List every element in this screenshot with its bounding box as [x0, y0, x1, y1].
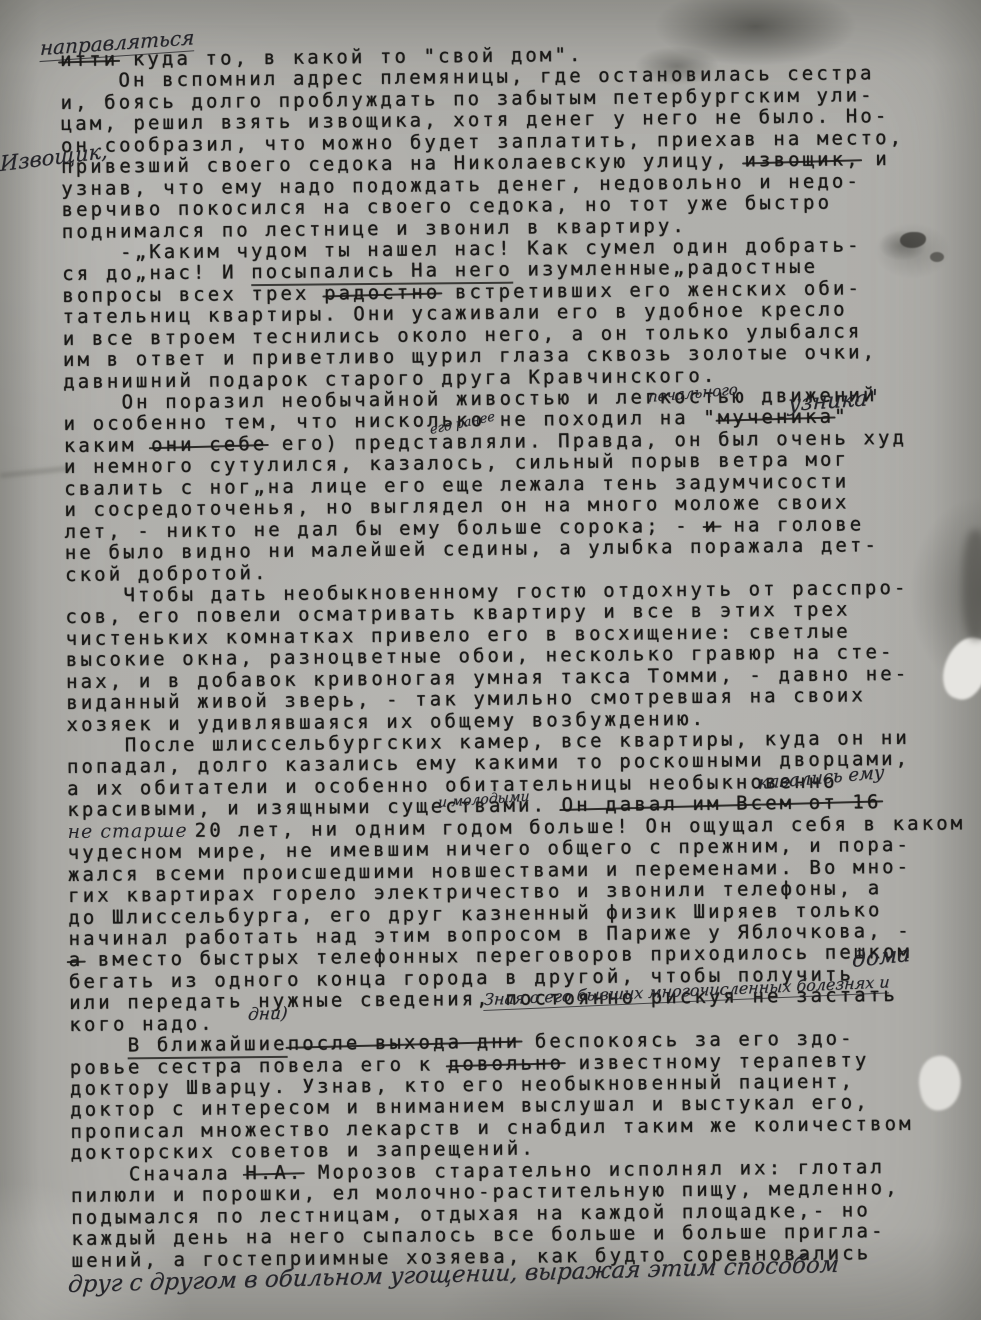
- struck-text: а: [69, 950, 84, 972]
- struck-text: Он давал им Всем от 16: [562, 792, 882, 817]
- struck-text: они себе: [151, 434, 268, 457]
- typed-text-segment: [69, 1036, 127, 1058]
- handwritten-inline: не старше: [67, 820, 194, 843]
- typed-text-segment: каким: [64, 435, 151, 457]
- struck-text: радостно: [324, 282, 441, 305]
- typed-text-segment: Сначала: [71, 1163, 246, 1186]
- typed-text-segment: и: [861, 149, 890, 171]
- typed-text-segment: на голове: [719, 514, 865, 537]
- typed-text-segment: ся до„нас! И: [62, 263, 251, 286]
- struck-text: после выхода дни: [288, 1032, 521, 1056]
- manuscript-page: итти куда то, в какой то "свой дом". Он …: [0, 0, 981, 1320]
- typed-text-segment: кого надо.: [69, 1013, 215, 1036]
- handwritten-annotation-10: дни): [247, 1004, 288, 1025]
- struck-text: извощик,: [744, 150, 861, 173]
- typescript-text: итти куда то, в какой то "свой дом". Он …: [60, 41, 981, 1272]
- struck-text: и: [704, 515, 719, 537]
- struck-text: довольно: [448, 1053, 565, 1076]
- struck-text: Н.А.: [245, 1162, 303, 1184]
- paper-fold: [0, 466, 70, 477]
